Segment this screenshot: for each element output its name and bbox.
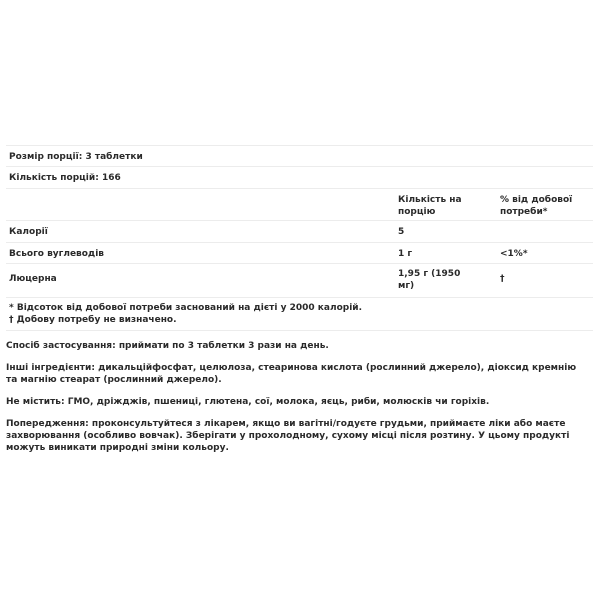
footnote-not-established: † Добову потребу не визначено. — [9, 314, 362, 326]
nutrient-name: Всього вуглеводів — [9, 248, 104, 260]
footnote-daily-value: * Відсоток від добової потреби засновани… — [9, 302, 362, 314]
table-row: Люцерна 1,95 г (1950 мг) † — [6, 263, 593, 297]
serving-size-label: Розмір порції: — [9, 152, 82, 162]
serving-size-value: 3 таблетки — [85, 152, 142, 162]
nutrient-amount: 5 — [398, 226, 404, 238]
usage-text: приймати по 3 таблетки 3 рази на день. — [119, 341, 329, 351]
supplement-facts-table: Розмір порції: 3 таблетки Кількість порц… — [6, 145, 593, 331]
ingredients-label: Інші інгредієнти: — [6, 363, 95, 373]
nutrient-daily: † — [500, 273, 505, 285]
free-from-label: Не містить: — [6, 397, 65, 407]
table-header-row: Кількість на порцію % від добової потреб… — [6, 188, 593, 220]
table-row: Всього вуглеводів 1 г <1%* — [6, 242, 593, 263]
free-from-text: ГМО, дріжджів, пшениці, глютена, сої, мо… — [68, 397, 490, 407]
warning-paragraph: Попередження: проконсультуйтеся з лікаре… — [6, 418, 586, 454]
usage-label: Спосіб застосування: — [6, 341, 116, 351]
nutrient-amount: 1,95 г (1950 мг) — [398, 268, 468, 292]
free-from-paragraph: Не містить: ГМО, дріжджів, пшениці, глют… — [6, 396, 596, 408]
table-row: Калорії 5 — [6, 220, 593, 242]
nutrient-amount: 1 г — [398, 248, 412, 260]
table-bottom-divider — [6, 330, 593, 331]
serving-size-row: Розмір порції: 3 таблетки — [6, 145, 593, 166]
header-amount-per-serving: Кількість на порцію — [398, 194, 482, 218]
ingredients-paragraph: Інші інгредієнти: дикальційфосфат, целюл… — [6, 362, 586, 386]
servings-count-row: Кількість порцій: 166 — [6, 166, 593, 188]
nutrient-name: Калорії — [9, 226, 48, 238]
warning-label: Попередження: — [6, 419, 89, 429]
nutrient-name: Люцерна — [9, 273, 57, 285]
footnotes-row: * Відсоток від добової потреби засновани… — [6, 297, 593, 330]
nutrient-daily: <1%* — [500, 248, 528, 260]
header-daily-value: % від добової потреби* — [500, 194, 580, 218]
servings-count-value: 166 — [102, 173, 121, 183]
servings-count-label: Кількість порцій: — [9, 173, 99, 183]
usage-paragraph: Спосіб застосування: приймати по 3 табле… — [6, 340, 596, 352]
warning-text: проконсультуйтеся з лікарем, якщо ви ваг… — [6, 419, 569, 453]
